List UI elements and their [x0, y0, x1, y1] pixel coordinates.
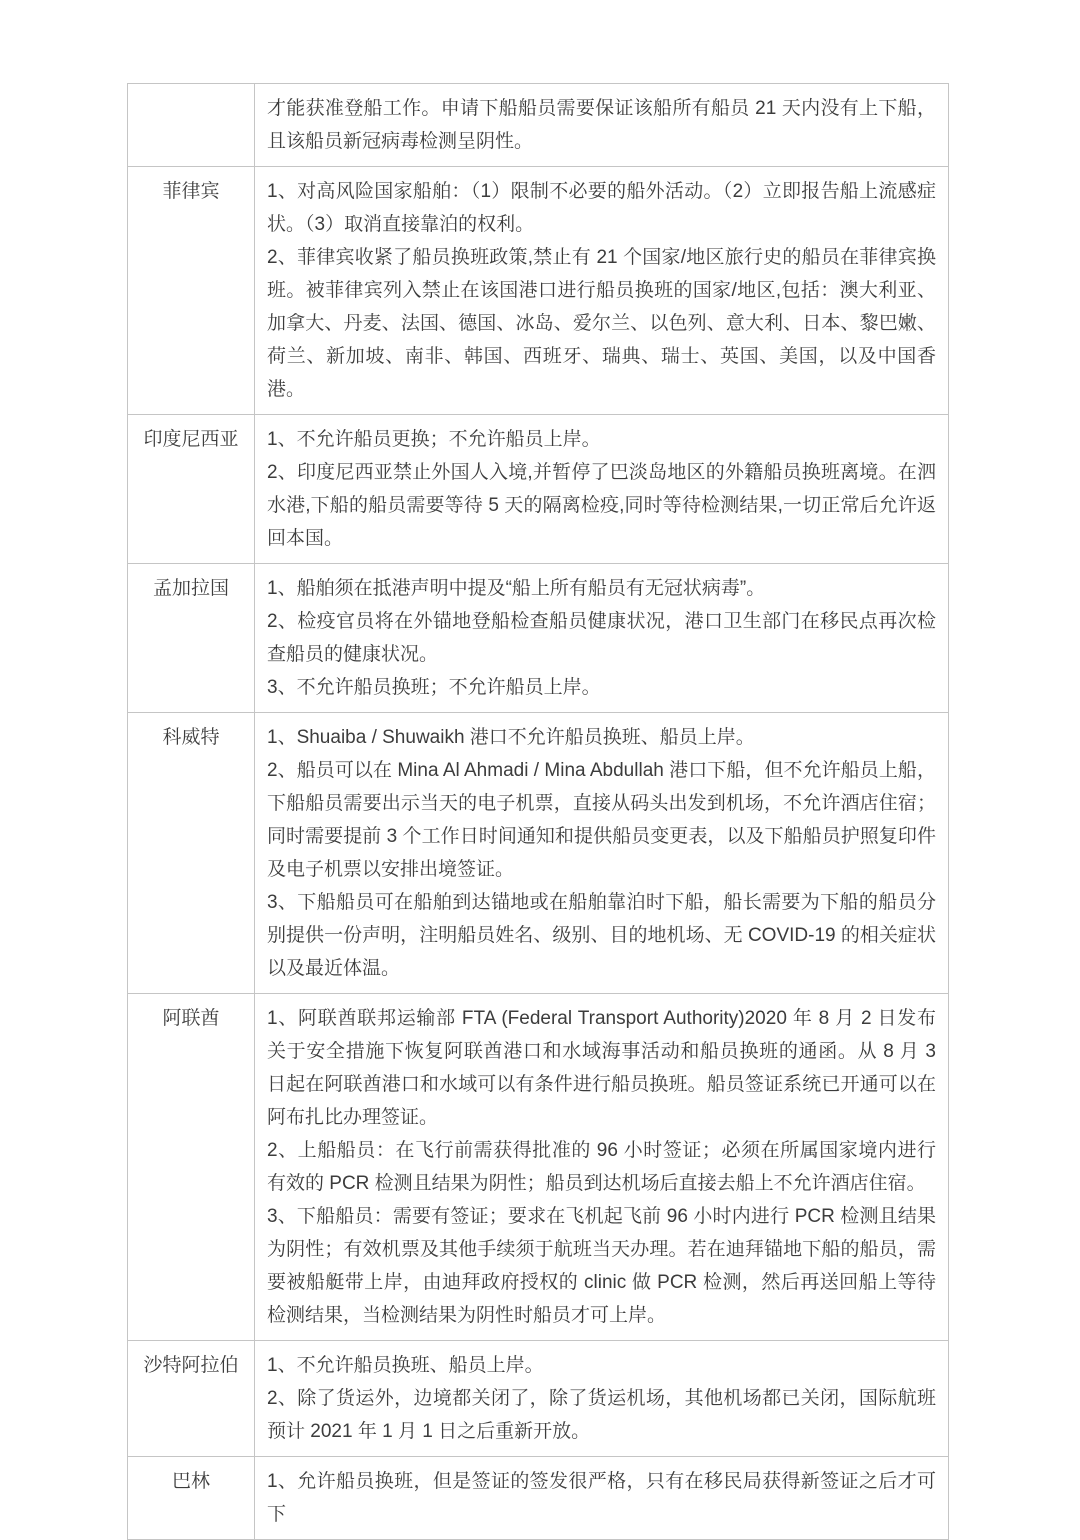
policy-cell: 才能获准登船工作。申请下船船员需要保证该船所有船员 21 天内没有上下船，且该船…	[255, 84, 949, 167]
table-row: 沙特阿拉伯 1、不允许船员换班、船员上岸。 2、除了货运外，边境都关闭了，除了货…	[128, 1341, 949, 1457]
policy-cell: 1、对高风险国家船舶：（1）限制不必要的船外活动。（2）立即报告船上流感症状。（…	[255, 167, 949, 415]
table-row: 巴林 1、允许船员换班，但是签证的签发很严格，只有在移民局获得新签证之后才可下	[128, 1457, 949, 1540]
policy-text: 2、上船船员：在飞行前需获得批准的 96 小时签证；必须在所属国家境内进行有效的…	[267, 1134, 936, 1200]
policy-text: 3、下船船员可在船舶到达锚地或在船舶靠泊时下船，船长需要为下船的船员分别提供一份…	[267, 886, 936, 985]
policy-cell: 1、不允许船员换班、船员上岸。 2、除了货运外，边境都关闭了，除了货运机场，其他…	[255, 1341, 949, 1457]
table-row: 阿联酋 1、阿联酋联邦运输部 FTA (Federal Transport Au…	[128, 994, 949, 1341]
policy-text: 1、对高风险国家船舶：（1）限制不必要的船外活动。（2）立即报告船上流感症状。（…	[267, 175, 936, 241]
policy-text: 才能获准登船工作。申请下船船员需要保证该船所有船员 21 天内没有上下船，且该船…	[267, 92, 936, 158]
country-cell: 沙特阿拉伯	[128, 1341, 255, 1457]
policy-cell: 1、船舶须在抵港声明中提及“船上所有船员有无冠状病毒”。 2、检疫官员将在外锚地…	[255, 564, 949, 713]
policy-text: 1、不允许船员换班、船员上岸。	[267, 1349, 936, 1382]
policy-text: 3、下船船员：需要有签证；要求在飞机起飞前 96 小时内进行 PCR 检测且结果…	[267, 1200, 936, 1332]
policy-table: 才能获准登船工作。申请下船船员需要保证该船所有船员 21 天内没有上下船，且该船…	[127, 83, 949, 1540]
policy-text: 1、阿联酋联邦运输部 FTA (Federal Transport Author…	[267, 1002, 936, 1134]
policy-text: 2、船员可以在 Mina Al Ahmadi / Mina Abdullah 港…	[267, 754, 936, 886]
policy-text: 2、印度尼西亚禁止外国人入境,并暂停了巴淡岛地区的外籍船员换班离境。在泗水港,下…	[267, 456, 936, 555]
policy-text: 2、菲律宾收紧了船员换班政策,禁止有 21 个国家/地区旅行史的船员在菲律宾换班…	[267, 241, 936, 406]
table-row: 菲律宾 1、对高风险国家船舶：（1）限制不必要的船外活动。（2）立即报告船上流感…	[128, 167, 949, 415]
policy-text: 1、不允许船员更换；不允许船员上岸。	[267, 423, 936, 456]
country-cell: 孟加拉国	[128, 564, 255, 713]
country-cell: 巴林	[128, 1457, 255, 1540]
policy-text: 3、不允许船员换班；不允许船员上岸。	[267, 671, 936, 704]
policy-cell: 1、Shuaiba / Shuwaikh 港口不允许船员换班、船员上岸。 2、船…	[255, 713, 949, 994]
country-cell	[128, 84, 255, 167]
table-row: 孟加拉国 1、船舶须在抵港声明中提及“船上所有船员有无冠状病毒”。 2、检疫官员…	[128, 564, 949, 713]
policy-text: 1、Shuaiba / Shuwaikh 港口不允许船员换班、船员上岸。	[267, 721, 936, 754]
policy-text: 1、允许船员换班，但是签证的签发很严格，只有在移民局获得新签证之后才可下	[267, 1465, 936, 1531]
policy-cell: 1、允许船员换班，但是签证的签发很严格，只有在移民局获得新签证之后才可下	[255, 1457, 949, 1540]
policy-text: 1、船舶须在抵港声明中提及“船上所有船员有无冠状病毒”。	[267, 572, 936, 605]
policy-text: 2、除了货运外，边境都关闭了，除了货运机场，其他机场都已关闭，国际航班预计 20…	[267, 1382, 936, 1448]
policy-text: 2、检疫官员将在外锚地登船检查船员健康状况，港口卫生部门在移民点再次检查船员的健…	[267, 605, 936, 671]
country-cell: 科威特	[128, 713, 255, 994]
policy-cell: 1、不允许船员更换；不允许船员上岸。 2、印度尼西亚禁止外国人入境,并暂停了巴淡…	[255, 415, 949, 564]
country-cell: 印度尼西亚	[128, 415, 255, 564]
country-cell: 菲律宾	[128, 167, 255, 415]
table-row: 印度尼西亚 1、不允许船员更换；不允许船员上岸。 2、印度尼西亚禁止外国人入境,…	[128, 415, 949, 564]
table-row: 科威特 1、Shuaiba / Shuwaikh 港口不允许船员换班、船员上岸。…	[128, 713, 949, 994]
country-cell: 阿联酋	[128, 994, 255, 1341]
table-row: 才能获准登船工作。申请下船船员需要保证该船所有船员 21 天内没有上下船，且该船…	[128, 84, 949, 167]
policy-cell: 1、阿联酋联邦运输部 FTA (Federal Transport Author…	[255, 994, 949, 1341]
